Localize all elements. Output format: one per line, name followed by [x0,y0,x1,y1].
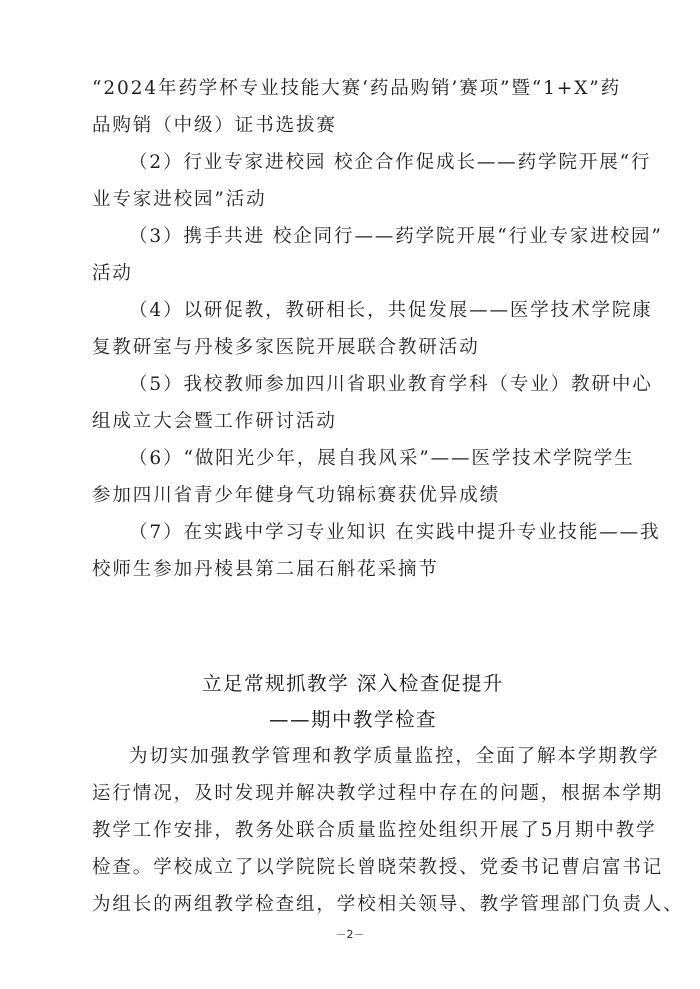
text-line: 运行情况，及时发现并解决教学过程中存在的问题，根据本学期 [92,775,614,812]
list-item-5: （5）我校教师参加四川省职业教育学科（专业）教研中心 组成立大会暨工作研讨活动 [92,366,614,440]
section-spacer [92,588,614,666]
section-paragraph: 为切实加强教学管理和教学质量监控，全面了解本学期教学 运行情况，及时发现并解决教… [92,738,614,923]
text-line: 检查。学校成立了以学院院长曾晓荣教授、党委书记曹启富书记 [92,849,614,886]
list-item-4: （4）以研促教，教研相长，共促发展——医学技术学院康 复教研室与丹棱多家医院开展… [92,292,614,366]
list-item-3: （3）携手共进 校企同行——药学院开展“行业专家进校园” 活动 [92,218,614,292]
list-item-1: “2024年药学杯专业技能大赛‘药品购销’赛项”暨“1+X”药 品购销（中级）证… [92,70,614,144]
section-subtitle: ——期中教学检查 [92,702,614,738]
text-line: 业专家进校园”活动 [92,181,614,218]
text-line: 组成立大会暨工作研讨活动 [92,403,614,440]
text-line: （5）我校教师参加四川省职业教育学科（专业）教研中心 [92,366,614,403]
document-page: “2024年药学杯专业技能大赛‘药品购销’赛项”暨“1+X”药 品购销（中级）证… [92,70,614,923]
section-title: 立足常规抓教学 深入检查促提升 [92,666,614,702]
text-line: （7）在实践中学习专业知识 在实践中提升专业技能——我 [92,514,614,551]
section: 立足常规抓教学 深入检查促提升 ——期中教学检查 为切实加强教学管理和教学质量监… [92,666,614,923]
list-item-6: （6）“做阳光少年，展自我风采”——医学技术学院学生 参加四川省青少年健身气功锦… [92,440,614,514]
list-item-2: （2）行业专家进校园 校企合作促成长——药学院开展“行 业专家进校园”活动 [92,144,614,218]
list-item-7: （7）在实践中学习专业知识 在实践中提升专业技能——我 校师生参加丹棱县第二届石… [92,514,614,588]
text-line: （3）携手共进 校企同行——药学院开展“行业专家进校园” [92,218,614,255]
text-line: 复教研室与丹棱多家医院开展联合教研活动 [92,329,614,366]
text-line: （6）“做阳光少年，展自我风采”——医学技术学院学生 [92,440,614,477]
text-line: 为组长的两组教学检查组，学校相关领导、教学管理部门负责人、 [92,886,614,923]
text-line: “2024年药学杯专业技能大赛‘药品购销’赛项”暨“1+X”药 [92,70,614,107]
text-line: （2）行业专家进校园 校企合作促成长——药学院开展“行 [92,144,614,181]
text-line: 品购销（中级）证书选拔赛 [92,107,614,144]
text-line: 教学工作安排，教务处联合质量监控处组织开展了5月期中教学 [92,812,614,849]
text-line: 校师生参加丹棱县第二届石斛花采摘节 [92,551,614,588]
text-line: （4）以研促教，教研相长，共促发展——医学技术学院康 [92,292,614,329]
page-number: －2－ [0,926,700,942]
text-line: 活动 [92,255,614,292]
text-line: 为切实加强教学管理和教学质量监控，全面了解本学期教学 [92,738,614,775]
text-line: 参加四川省青少年健身气功锦标赛获优异成绩 [92,477,614,514]
